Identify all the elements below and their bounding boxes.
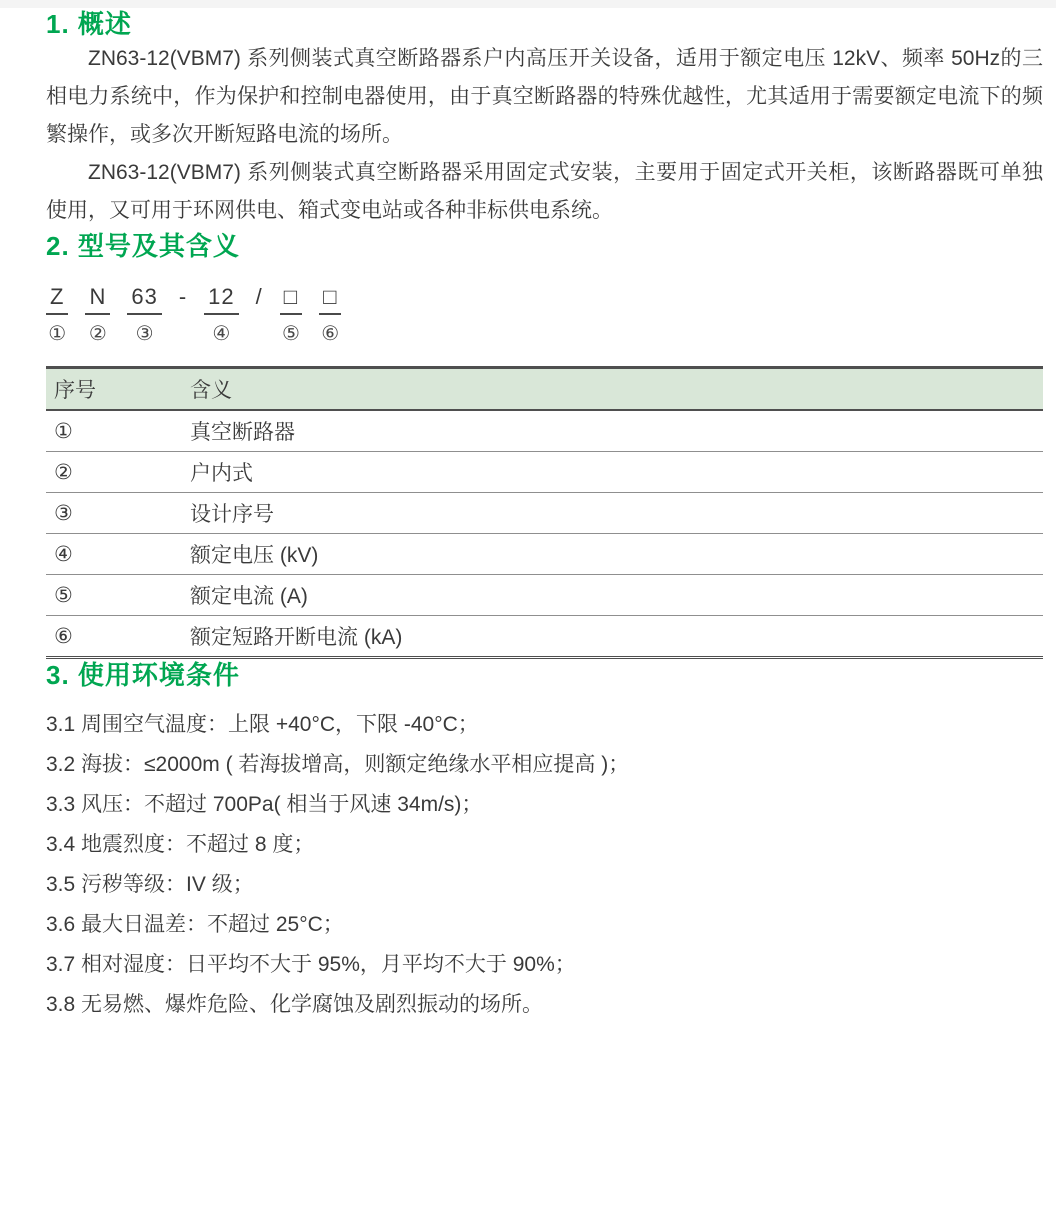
- list-item: 3.7 相对湿度：日平均不大于 95%，月平均不大于 90%；: [46, 945, 1043, 985]
- model-code-char: Z: [46, 284, 68, 315]
- section-2-heading: 2. 型号及其含义: [46, 230, 1043, 262]
- table-header-meaning: 含义: [182, 368, 1043, 411]
- table-cell-meaning: 真空断路器: [182, 410, 1043, 452]
- model-code-number: ②: [89, 322, 107, 346]
- model-meaning-table: 序号 含义 ① 真空断路器 ② 户内式 ③ 设计序号 ④: [46, 366, 1043, 659]
- section-environment-conditions: 3. 使用环境条件 3.1 周围空气温度：上限 +40°C，下限 -40°C； …: [46, 659, 1043, 1025]
- document-page: 1. 概述 ZN63-12(VBM7) 系列侧装式真空断路器系户内高压开关设备，…: [0, 0, 1056, 1216]
- model-code-number: ③: [136, 322, 154, 346]
- model-code-char: 12: [204, 284, 238, 315]
- list-item: 3.5 污秽等级：IV 级；: [46, 865, 1043, 905]
- model-code-segment: 12 ④: [204, 284, 238, 346]
- table-cell-no: ④: [46, 534, 182, 575]
- table-cell-no: ⑥: [46, 616, 182, 658]
- model-code-diagram: Z ① N ② 63 ③ - 12 ④ /: [46, 284, 1043, 346]
- model-code-separator: -: [179, 284, 187, 346]
- section-1-paragraph-2: ZN63-12(VBM7) 系列侧装式真空断路器采用固定式安装，主要用于固定式开…: [46, 154, 1043, 230]
- list-item: 3.8 无易燃、爆炸危险、化学腐蚀及剧烈振动的场所。: [46, 985, 1043, 1025]
- model-code-number: ⑤: [282, 322, 300, 346]
- table-row: ③ 设计序号: [46, 493, 1043, 534]
- list-item: 3.3 风压：不超过 700Pa( 相当于风速 34m/s)；: [46, 785, 1043, 825]
- table-cell-no: ①: [46, 410, 182, 452]
- model-code-number: ⑥: [321, 322, 339, 346]
- table-row: ⑤ 额定电流 (A): [46, 575, 1043, 616]
- model-code-char: □: [280, 284, 302, 315]
- model-code-char: -: [179, 284, 187, 315]
- section-overview: 1. 概述 ZN63-12(VBM7) 系列侧装式真空断路器系户内高压开关设备，…: [46, 8, 1043, 230]
- section-model-meaning: 2. 型号及其含义 Z ① N ② 63 ③ - 12 ④: [46, 230, 1043, 659]
- section-3-heading: 3. 使用环境条件: [46, 659, 1043, 691]
- table-cell-meaning: 户内式: [182, 452, 1043, 493]
- table-row: ② 户内式: [46, 452, 1043, 493]
- section-1-paragraph-1: ZN63-12(VBM7) 系列侧装式真空断路器系户内高压开关设备，适用于额定电…: [46, 40, 1043, 154]
- model-code-char: □: [319, 284, 341, 315]
- model-code-segment: Z ①: [46, 284, 68, 346]
- table-cell-meaning: 额定短路开断电流 (kA): [182, 616, 1043, 658]
- environment-conditions-list: 3.1 周围空气温度：上限 +40°C，下限 -40°C； 3.2 海拔：≤20…: [46, 705, 1043, 1025]
- section-1-heading: 1. 概述: [46, 8, 1043, 40]
- page-top-edge: [0, 0, 1056, 8]
- model-code-separator: /: [256, 284, 263, 346]
- model-code-number: ④: [212, 322, 230, 346]
- table-row: ④ 额定电压 (kV): [46, 534, 1043, 575]
- table-cell-no: ⑤: [46, 575, 182, 616]
- list-item: 3.2 海拔：≤2000m ( 若海拔增高，则额定绝缘水平相应提高 )；: [46, 745, 1043, 785]
- model-code-segment: N ②: [85, 284, 110, 346]
- model-code-number: ①: [48, 322, 66, 346]
- table-header-row: 序号 含义: [46, 368, 1043, 411]
- model-code-segment: 63 ③: [127, 284, 161, 346]
- list-item: 3.1 周围空气温度：上限 +40°C，下限 -40°C；: [46, 705, 1043, 745]
- table-cell-no: ③: [46, 493, 182, 534]
- model-code-segment: □ ⑥: [319, 284, 341, 346]
- table-cell-no: ②: [46, 452, 182, 493]
- table-cell-meaning: 额定电压 (kV): [182, 534, 1043, 575]
- model-code-char: /: [256, 284, 263, 315]
- list-item: 3.6 最大日温差：不超过 25°C；: [46, 905, 1043, 945]
- table-cell-meaning: 设计序号: [182, 493, 1043, 534]
- table-cell-meaning: 额定电流 (A): [182, 575, 1043, 616]
- table-row: ① 真空断路器: [46, 410, 1043, 452]
- table-header-no: 序号: [46, 368, 182, 411]
- model-code-char: N: [85, 284, 110, 315]
- table-row: ⑥ 额定短路开断电流 (kA): [46, 616, 1043, 658]
- list-item: 3.4 地震烈度：不超过 8 度；: [46, 825, 1043, 865]
- model-code-segment: □ ⑤: [280, 284, 302, 346]
- model-code-char: 63: [127, 284, 161, 315]
